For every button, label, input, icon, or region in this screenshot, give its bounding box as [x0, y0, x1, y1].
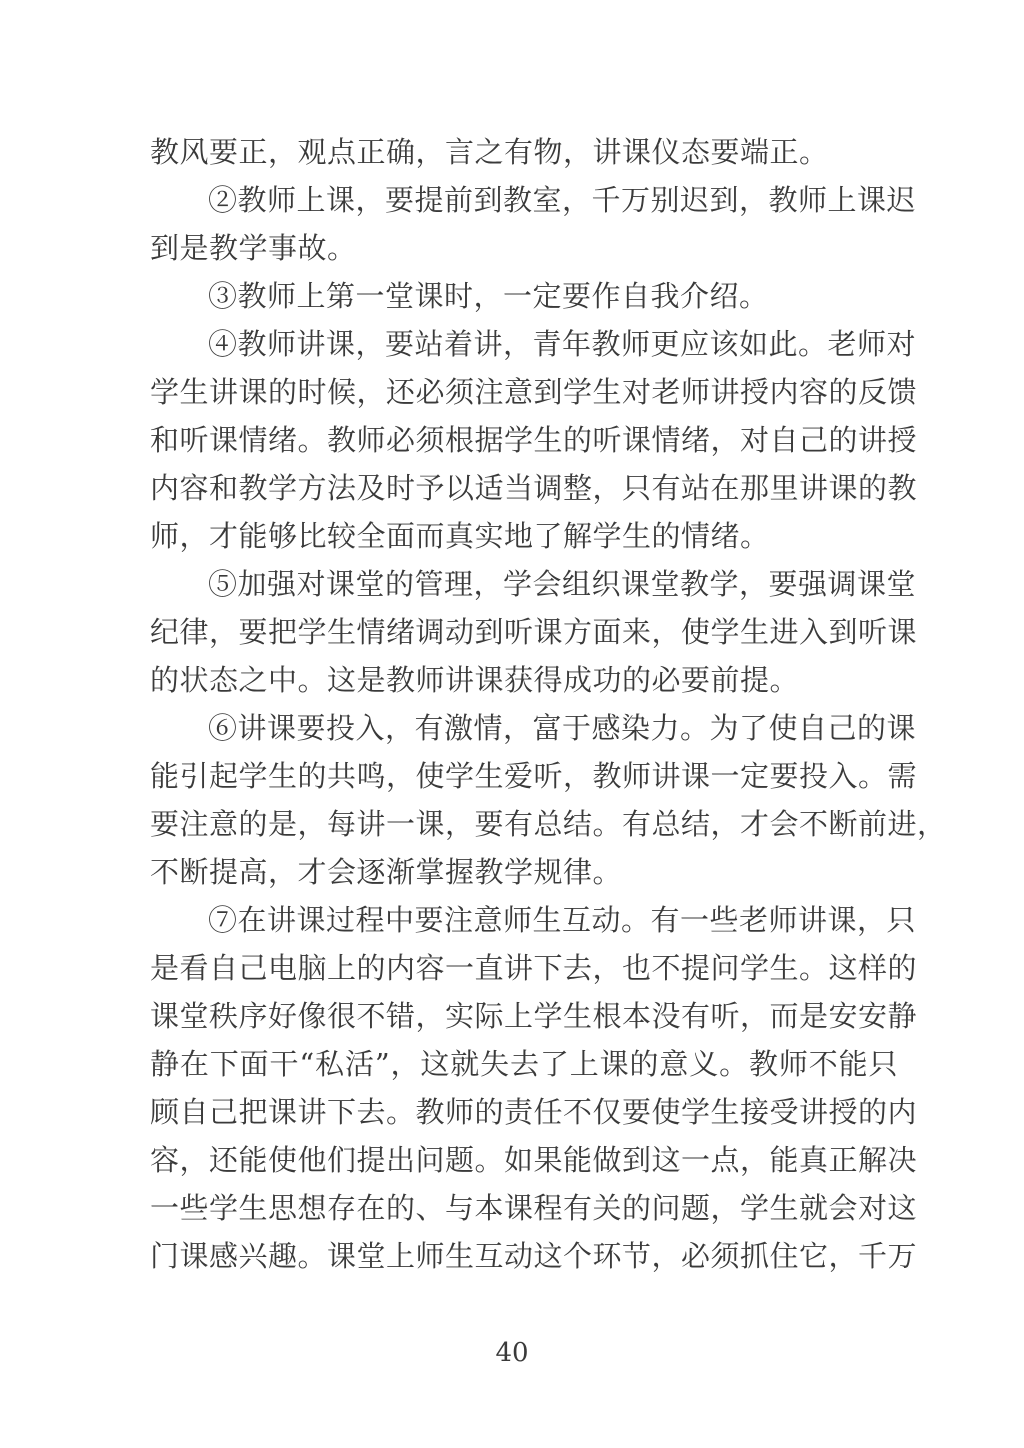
text-line: 一些学生思想存在的、与本课程有关的问题，学生就会对这 [150, 1184, 898, 1232]
text-line: 顾自己把课讲下去。教师的责任不仅要使学生接受讲授的内 [150, 1088, 898, 1136]
text-line: 容，还能使他们提出问题。如果能做到这一点，能真正解决 [150, 1136, 898, 1184]
text-block: 教风要正，观点正确，言之有物，讲课仪态要端正。②教师上课，要提前到教室，千万别迟… [150, 128, 898, 1280]
text-line: 能引起学生的共鸣，使学生爱听，教师讲课一定要投入。需 [150, 752, 898, 800]
text-line: 不断提高，才会逐渐掌握教学规律。 [150, 848, 898, 896]
text-line: 要注意的是，每讲一课，要有总结。有总结，才会不断前进， [150, 800, 898, 848]
text-line: ⑤加强对课堂的管理，学会组织课堂教学，要强调课堂 [150, 560, 898, 608]
text-line: ②教师上课，要提前到教室，千万别迟到，教师上课迟 [150, 176, 898, 224]
text-line: 纪律，要把学生情绪调动到听课方面来，使学生进入到听课 [150, 608, 898, 656]
document-page: 教风要正，观点正确，言之有物，讲课仪态要端正。②教师上课，要提前到教室，千万别迟… [0, 0, 1024, 1448]
text-line: ⑦在讲课过程中要注意师生互动。有一些老师讲课，只 [150, 896, 898, 944]
text-line: 门课感兴趣。课堂上师生互动这个环节，必须抓住它，千万 [150, 1232, 898, 1280]
text-line: 内容和教学方法及时予以适当调整，只有站在那里讲课的教 [150, 464, 898, 512]
text-line: ③教师上第一堂课时，一定要作自我介绍。 [150, 272, 898, 320]
text-line: 和听课情绪。教师必须根据学生的听课情绪，对自己的讲授 [150, 416, 898, 464]
text-line: 的状态之中。这是教师讲课获得成功的必要前提。 [150, 656, 898, 704]
text-line: 课堂秩序好像很不错，实际上学生根本没有听，而是安安静 [150, 992, 898, 1040]
text-line: 到是教学事故。 [150, 224, 898, 272]
text-line: 教风要正，观点正确，言之有物，讲课仪态要端正。 [150, 128, 898, 176]
text-line: ⑥讲课要投入，有激情，富于感染力。为了使自己的课 [150, 704, 898, 752]
page-number: 40 [0, 1338, 1024, 1368]
text-line: ④教师讲课，要站着讲，青年教师更应该如此。老师对 [150, 320, 898, 368]
text-line: 学生讲课的时候，还必须注意到学生对老师讲授内容的反馈 [150, 368, 898, 416]
text-line: 静在下面干“私活”，这就失去了上课的意义。教师不能只 [150, 1040, 898, 1088]
text-line: 是看自己电脑上的内容一直讲下去，也不提问学生。这样的 [150, 944, 898, 992]
text-line: 师，才能够比较全面而真实地了解学生的情绪。 [150, 512, 898, 560]
